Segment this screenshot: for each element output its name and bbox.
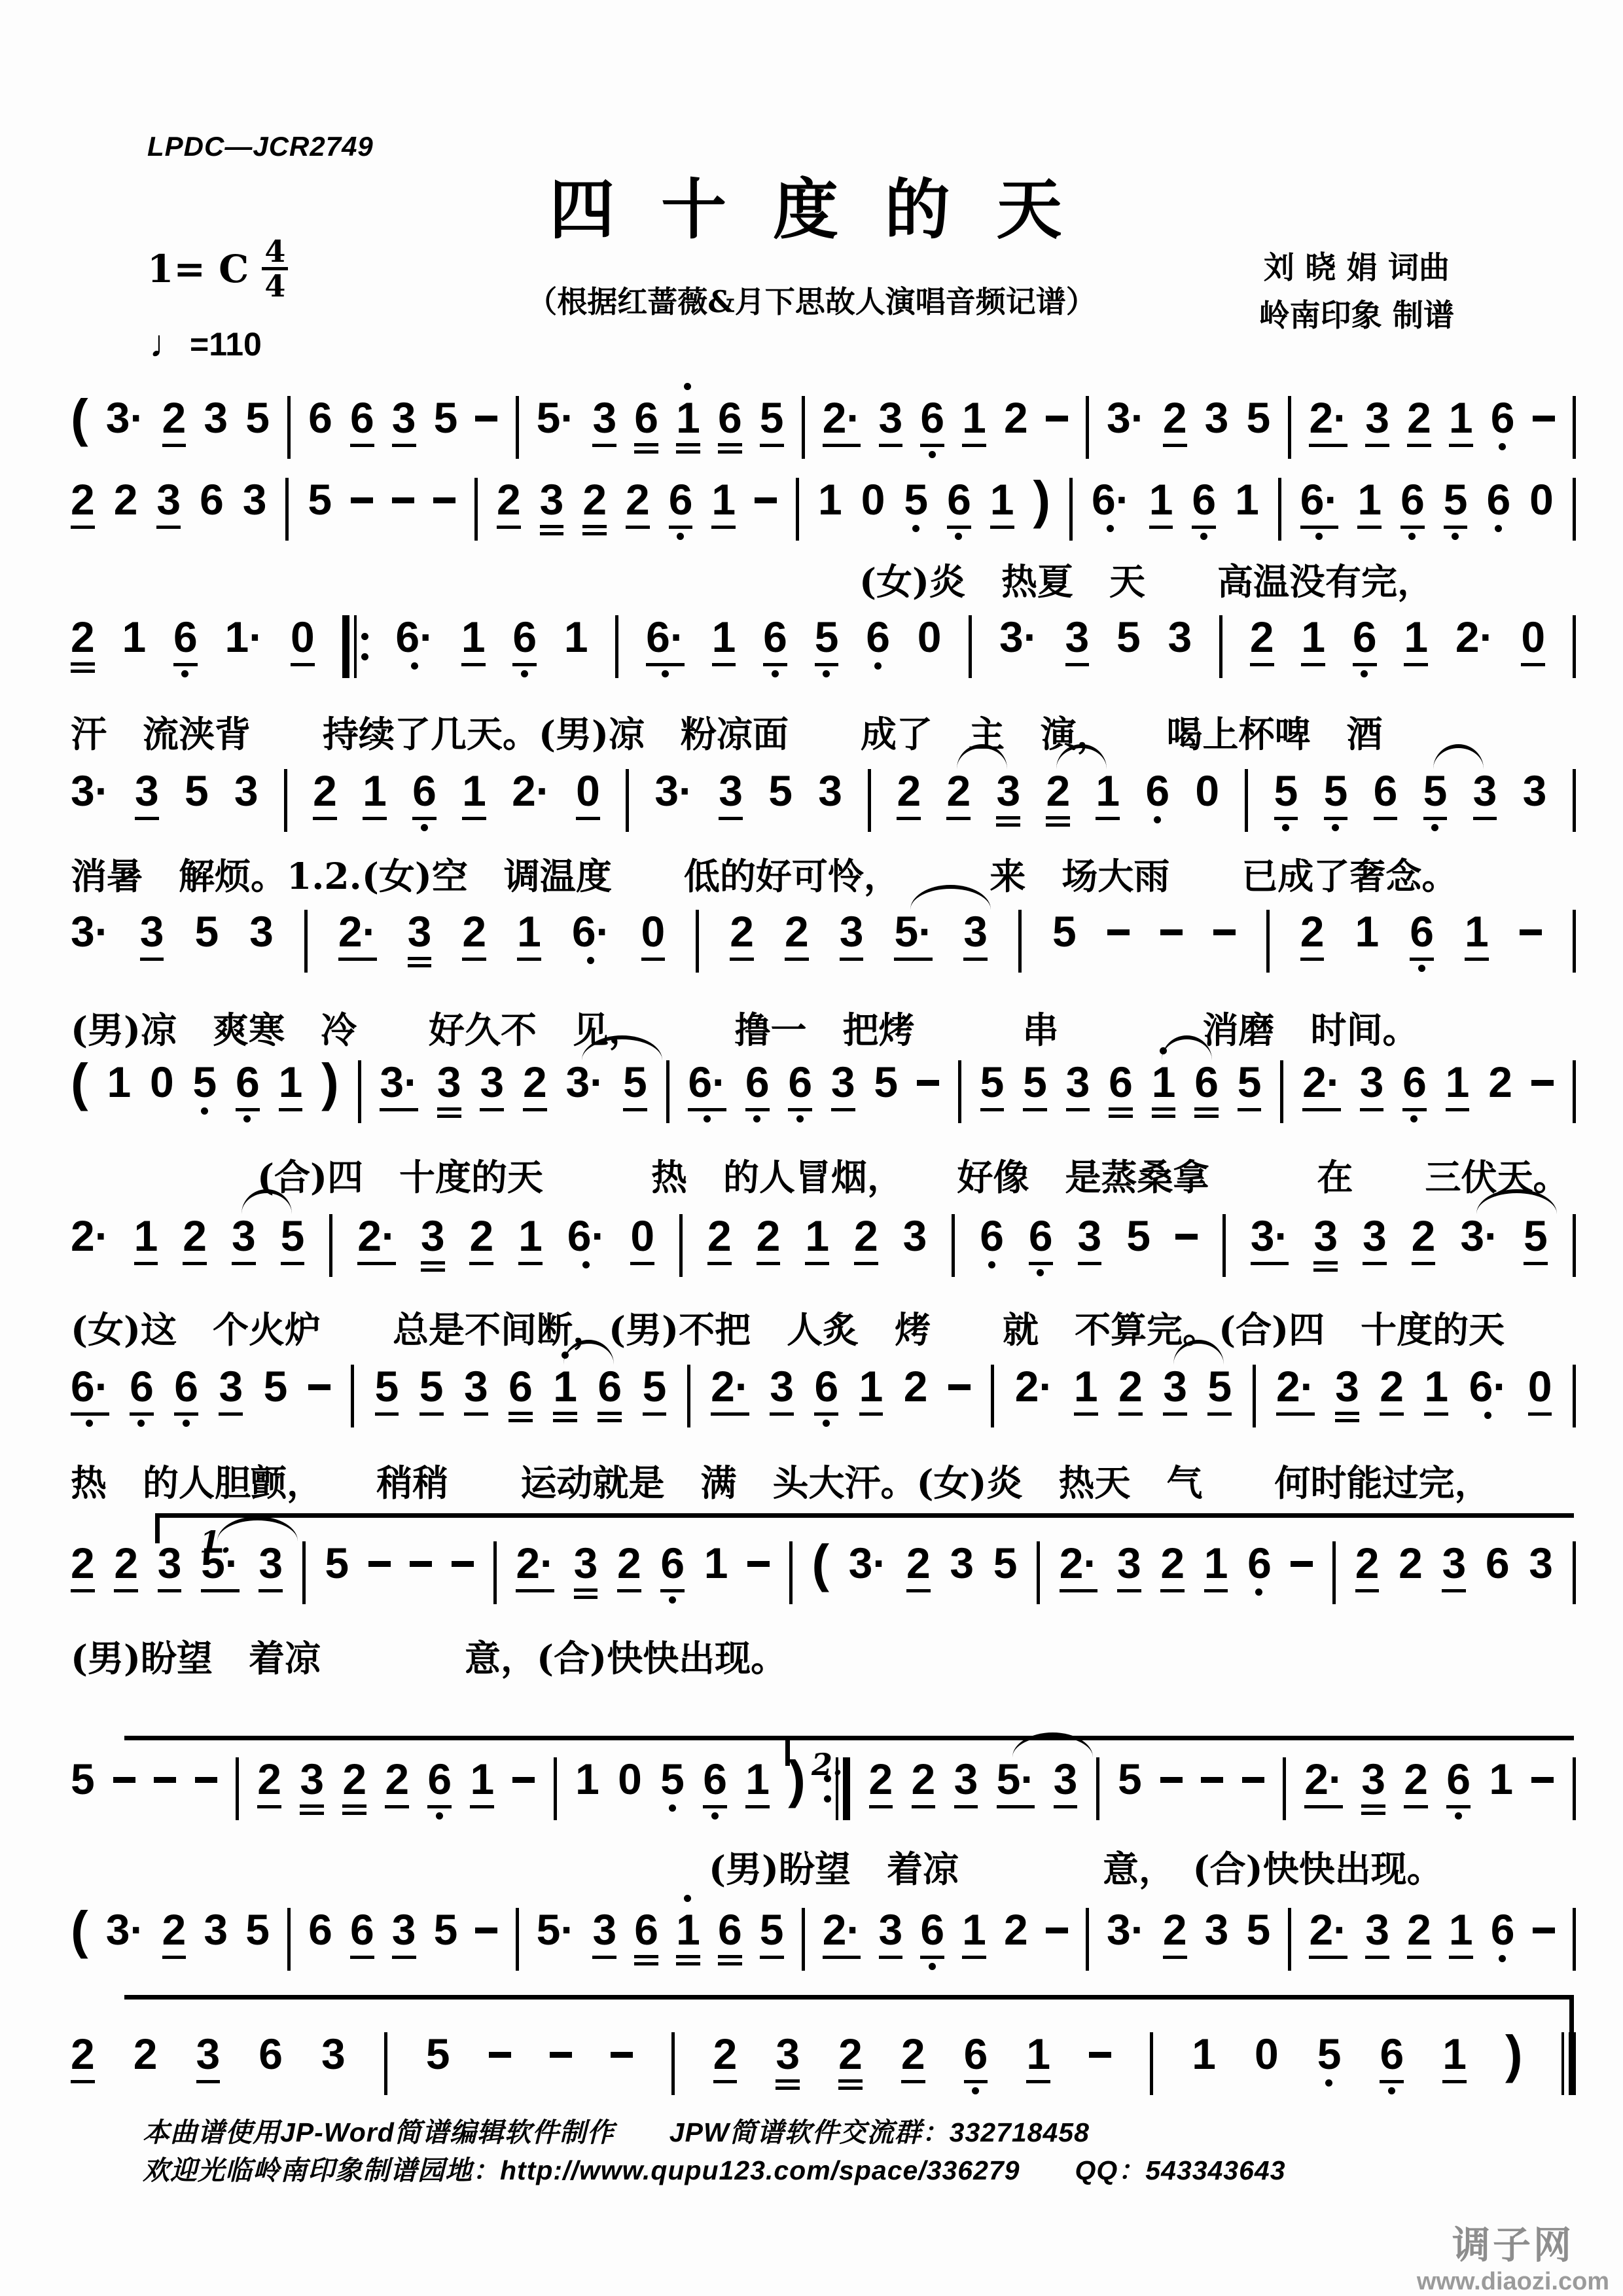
note: 3· xyxy=(106,1908,145,1951)
note: 2· xyxy=(1276,1365,1315,1416)
note: 2 xyxy=(114,478,138,521)
note: 2· xyxy=(1309,1908,1347,1959)
note: 3 xyxy=(1361,1757,1385,1815)
note: 2 xyxy=(469,1214,493,1265)
note: 5 xyxy=(1116,615,1141,658)
note: 2 xyxy=(134,2032,158,2075)
note: 5 xyxy=(1247,396,1271,439)
note: 2 xyxy=(713,2032,738,2083)
octave-dot-below xyxy=(137,1420,145,1427)
octave-dot-below xyxy=(929,451,936,458)
octave-dot-below xyxy=(1154,816,1161,823)
octave-dot-below xyxy=(669,1596,676,1604)
note: 3 xyxy=(776,2032,800,2090)
barline xyxy=(1037,1541,1040,1604)
note: 3 xyxy=(770,1365,794,1416)
note: 6· xyxy=(646,615,685,666)
note: 3· xyxy=(849,1541,887,1585)
lyrics-line-8: (男)盼望 着凉 意，(合)快快出现。 xyxy=(71,1630,1576,1681)
duration-dash xyxy=(1201,1777,1223,1783)
note: 6 xyxy=(259,2032,283,2075)
barline xyxy=(1573,396,1576,459)
note: 6 xyxy=(308,396,332,439)
barline xyxy=(789,1541,793,1604)
note: 5 xyxy=(980,1060,1005,1111)
note: 1 xyxy=(1204,1541,1228,1592)
note: 1 xyxy=(1489,1757,1513,1801)
note: 6 xyxy=(660,1541,685,1592)
barline xyxy=(802,396,805,459)
octave-dot-below xyxy=(1418,965,1425,972)
note: 6· xyxy=(688,1060,726,1111)
octave-dot-below xyxy=(1499,1955,1506,1962)
footer-software-note: 本曲谱使用JP-Word简谱编辑软件制作 JPW简谱软件交流群：33271845… xyxy=(143,2111,1090,2149)
note: 6 xyxy=(308,1908,332,1951)
note: 5 xyxy=(874,1060,898,1103)
barline xyxy=(1018,910,1022,973)
barline xyxy=(1283,1757,1286,1820)
note: 3 xyxy=(135,769,159,820)
volta-1-bracket: 1. xyxy=(155,1513,1574,1518)
note: 3 xyxy=(574,1541,598,1599)
note: 3 xyxy=(1363,1214,1387,1265)
note: 5 xyxy=(660,1757,685,1801)
note: 6 xyxy=(236,1060,260,1111)
note: 3 xyxy=(259,1541,283,1592)
note: 3 xyxy=(232,1214,256,1265)
note: 1 xyxy=(1357,478,1382,529)
barline xyxy=(1573,478,1576,541)
note: 2· xyxy=(516,1541,554,1592)
barline xyxy=(1086,1908,1089,1971)
note: 2 xyxy=(1163,1908,1187,1959)
footer-site-note: 欢迎光临岭南印象制谱园地：http://www.qupu123.com/spac… xyxy=(143,2149,1286,2187)
note: 3 xyxy=(204,1908,228,1951)
octave-dot-below xyxy=(704,1115,711,1122)
parenthesis: ) xyxy=(788,1757,806,1802)
barline xyxy=(1069,478,1073,541)
note: 5 xyxy=(245,1908,270,1951)
octave-dot-below xyxy=(86,1420,93,1427)
note: 1 xyxy=(470,1757,494,1808)
credit-words-music: 刘 晓 娟 词曲 xyxy=(1264,243,1450,287)
octave-dot-below xyxy=(874,662,882,670)
duration-dash xyxy=(410,1561,432,1567)
note: 6 xyxy=(1109,1060,1133,1118)
note: 0 xyxy=(630,1214,654,1265)
meter-numerator: 4 xyxy=(260,236,289,267)
note: 6 xyxy=(1353,615,1377,666)
duration-dash xyxy=(917,1080,939,1086)
note: 6 xyxy=(174,1365,198,1416)
note: 3· xyxy=(1251,1214,1289,1265)
barline xyxy=(474,478,478,541)
note: 2 xyxy=(1355,1541,1380,1592)
note: 2 xyxy=(897,769,921,820)
note: 3· xyxy=(654,769,693,812)
barline xyxy=(1573,615,1576,678)
octave-dot-below xyxy=(1388,2087,1395,2094)
note: 3 xyxy=(464,1365,488,1416)
note: 2 xyxy=(869,1757,893,1808)
music-system-3: 2161·06·1616·165603·35321612·0 xyxy=(71,615,1576,678)
barline xyxy=(285,478,289,541)
note: 3 xyxy=(234,769,259,812)
octave-dot-below xyxy=(1037,1269,1044,1276)
note: 1 xyxy=(122,615,147,658)
barline xyxy=(302,1541,306,1604)
note: 1 xyxy=(1424,1365,1448,1416)
music-system-9: 2235·352·3261(3·2352·321622363 xyxy=(71,1541,1576,1604)
note: 2· xyxy=(823,1908,861,1959)
note: 1 xyxy=(1465,910,1489,961)
music-system-2: 22363523226110561)6·1616·16560 xyxy=(71,478,1576,541)
note: 2 xyxy=(854,1214,878,1265)
note: 1 xyxy=(745,1757,770,1808)
note: 3 xyxy=(719,769,743,820)
music-system-11: (3·23566355·361652·36123·2352·3216 xyxy=(71,1908,1576,1971)
octave-dot-below xyxy=(711,1812,719,1820)
tie-arc xyxy=(217,1516,298,1541)
octave-dot-below xyxy=(1361,670,1368,677)
duration-dash xyxy=(392,497,414,503)
note: 3 xyxy=(219,1365,243,1416)
note: 5 xyxy=(1238,1060,1262,1111)
note: 3 xyxy=(879,1908,903,1959)
note: 2 xyxy=(523,1060,547,1111)
lyrics-line-4: (男)凉 爽寒 冷 好久不 见， 撸一 把烤 串 消磨 时间。 xyxy=(71,1001,1576,1053)
note: 5 xyxy=(815,615,839,666)
note: 6 xyxy=(1491,396,1515,439)
barline xyxy=(1245,769,1248,832)
octave-dot-below xyxy=(587,957,594,964)
note: 5 xyxy=(760,1908,784,1959)
note: 0 xyxy=(641,910,666,961)
note: 2· xyxy=(823,396,861,447)
note: 2 xyxy=(707,1214,732,1265)
note: 1 xyxy=(962,396,986,447)
note: 5 xyxy=(1126,1214,1150,1257)
note: 3 xyxy=(437,1060,461,1118)
duration-dash xyxy=(452,1561,474,1567)
watermark-site-url: www.diaozi.com xyxy=(1415,2268,1611,2296)
barline xyxy=(1288,1908,1291,1971)
note: 2 xyxy=(1407,396,1431,447)
note: 5 xyxy=(308,478,332,521)
note: 6 xyxy=(597,1365,622,1422)
barline xyxy=(1332,1541,1336,1604)
note: 2· xyxy=(71,1214,109,1257)
note: 1 xyxy=(107,1060,131,1103)
note: 3 xyxy=(954,1757,978,1808)
duration-dash xyxy=(550,2052,572,2058)
note: 3· xyxy=(1107,396,1145,439)
note: 3· xyxy=(71,769,109,812)
note: 1 xyxy=(712,615,736,666)
music-system-4: 3·35321612·03·3532232160556533 xyxy=(71,769,1576,832)
note: 5 xyxy=(325,1541,349,1585)
octave-dot-below xyxy=(181,670,188,677)
note: 2 xyxy=(757,1214,781,1265)
note: 1 xyxy=(462,769,486,820)
barline xyxy=(1150,2032,1153,2095)
note: 3 xyxy=(1529,1541,1553,1585)
note: 5 xyxy=(904,478,928,521)
begin-repeat-barline xyxy=(342,615,368,678)
note: 5 xyxy=(768,769,793,812)
music-system-10: 523226110561)2235·352·3261 xyxy=(71,1757,1576,1820)
duration-dash xyxy=(1531,1080,1554,1086)
barline xyxy=(351,1365,354,1427)
note: 2 xyxy=(1118,1365,1143,1416)
barline xyxy=(687,1365,690,1427)
note: 1 xyxy=(1074,1365,1098,1416)
barline xyxy=(284,769,287,832)
note: 3 xyxy=(156,478,181,529)
duration-dash xyxy=(489,2052,511,2058)
note: 2 xyxy=(1300,910,1325,961)
note: 3 xyxy=(140,910,164,961)
barline xyxy=(991,1365,994,1427)
duration-dash xyxy=(1160,929,1183,935)
note: 1 xyxy=(676,1908,700,1965)
note: 0 xyxy=(1529,478,1554,521)
note: 1 xyxy=(564,615,588,658)
sheet-music-page: { "header": { "catalog": "LPDC—JCR2749",… xyxy=(0,0,1623,2296)
note: 6 xyxy=(920,1908,944,1959)
duration-dash xyxy=(948,1384,971,1390)
note: 6 xyxy=(703,1757,727,1808)
note: 3· xyxy=(1107,1908,1145,1951)
barline xyxy=(796,478,799,541)
note: 3 xyxy=(840,910,864,961)
note: 2 xyxy=(497,478,521,529)
note: 5 xyxy=(993,1541,1018,1585)
note: 6 xyxy=(866,615,890,658)
note: 2 xyxy=(904,1365,928,1408)
note: 2 xyxy=(901,2032,925,2083)
octave-dot-below xyxy=(662,670,669,677)
lyrics-line-2: 汗 流浃背 持续了几天。(男)凉 粉凉面 成了 主 演， 喝上杯啤 酒 xyxy=(71,706,1576,757)
parenthesis: ) xyxy=(1505,2032,1523,2077)
note: 5 xyxy=(1207,1365,1232,1416)
barline xyxy=(287,396,291,459)
barline xyxy=(1573,1060,1576,1123)
note: 0 xyxy=(1528,1365,1552,1416)
note: 6 xyxy=(718,1908,742,1965)
note: 2· xyxy=(1302,1060,1341,1111)
bar-thin xyxy=(354,615,357,678)
octave-dot-below xyxy=(1499,443,1506,450)
note: 5 xyxy=(1423,769,1448,820)
note: 0 xyxy=(1195,769,1219,812)
duration-dash xyxy=(475,416,497,422)
note: 2 xyxy=(257,1757,281,1808)
note: 2 xyxy=(71,1541,95,1592)
note: 1 xyxy=(1446,1060,1470,1111)
note: 1 xyxy=(704,1541,728,1585)
note: 6· xyxy=(567,1214,606,1257)
parenthesis: ( xyxy=(811,1541,829,1586)
note: 2 xyxy=(1004,396,1028,439)
octave-dot-below xyxy=(677,533,684,540)
note: 1 xyxy=(1152,1060,1176,1118)
duration-dash xyxy=(747,1561,770,1567)
barline xyxy=(1573,1908,1576,1971)
octave-dot-below xyxy=(1315,533,1323,540)
note: 3 xyxy=(1205,1908,1229,1951)
note: 5 xyxy=(375,1365,399,1416)
note: 1 xyxy=(1235,478,1259,521)
note: 1 xyxy=(518,1214,543,1265)
note: 6 xyxy=(1194,1060,1219,1118)
ending-bracket-tick xyxy=(1569,1995,1574,2037)
note: 5 xyxy=(434,396,458,439)
note: 2 xyxy=(1407,1908,1431,1959)
note: 1 xyxy=(1449,1908,1473,1959)
note: 1 xyxy=(818,478,842,521)
octave-dot-below xyxy=(823,670,830,677)
barline xyxy=(1253,1365,1256,1427)
barline xyxy=(1573,910,1576,973)
note: 6 xyxy=(512,615,537,666)
ending-bracket xyxy=(124,1995,1574,2000)
note: 3 xyxy=(196,2032,221,2083)
note: 2· xyxy=(338,910,377,961)
note: 3 xyxy=(950,1541,974,1585)
repeat-dots xyxy=(824,1757,831,1820)
note: 3 xyxy=(1365,396,1389,447)
note: 1 xyxy=(575,1757,599,1801)
note: 3 xyxy=(1365,1908,1389,1959)
note: 6 xyxy=(427,1757,452,1808)
lyrics-line-3: 消暑 解烦。1.2.(女)空 调温度 低的好可怜， 来 场大雨 已成了奢念。 xyxy=(71,848,1576,899)
note: 6 xyxy=(947,478,971,529)
music-system-6: (10561)3·3323·56·663555361652·3612 xyxy=(71,1060,1576,1123)
lyrics-line-7: 热 的人胆颤， 稍稍 运动就是 满 头大汗。(女)炎 热天 气 何时能过完， xyxy=(71,1454,1576,1506)
note: 2 xyxy=(1163,396,1187,447)
barline xyxy=(615,615,618,678)
note: 6 xyxy=(173,615,198,666)
bar-thick xyxy=(843,1757,850,1820)
octave-dot-below xyxy=(955,533,962,540)
note: 3 xyxy=(408,910,432,967)
note: 2 xyxy=(730,910,754,961)
note: 3 xyxy=(1360,1060,1384,1111)
note: 2 xyxy=(946,769,971,820)
note: 6· xyxy=(71,1365,109,1416)
note: 3 xyxy=(1313,1214,1338,1272)
final-barline xyxy=(1561,2032,1576,2095)
note: 2· xyxy=(1015,1365,1054,1408)
barline xyxy=(1573,769,1576,832)
music-system-1: (3·23566355·361652·36123·2352·3216 xyxy=(71,396,1576,459)
octave-dot-below xyxy=(1431,824,1438,831)
note: 6 xyxy=(1380,2032,1404,2083)
note: 1 xyxy=(517,910,541,961)
note: 2 xyxy=(1412,1214,1436,1265)
barline xyxy=(1288,396,1291,459)
note: 1· xyxy=(225,615,264,658)
barline xyxy=(329,1214,332,1277)
note: 2 xyxy=(1380,1365,1404,1416)
octave-dot-below xyxy=(929,1963,936,1970)
note: 2 xyxy=(114,1541,138,1592)
barline xyxy=(696,910,699,973)
credit-engraver: 岭南印象 制谱 xyxy=(1259,291,1454,335)
barline xyxy=(679,1214,683,1277)
note: 2 xyxy=(462,910,486,961)
note: 6 xyxy=(964,2032,988,2083)
note: 3· xyxy=(565,1060,604,1103)
note: 1 xyxy=(990,478,1014,529)
note: 1 xyxy=(676,396,700,454)
note: 2· xyxy=(1309,396,1347,447)
note: 0 xyxy=(576,769,600,820)
note: 5 xyxy=(1118,1757,1142,1801)
note: 2· xyxy=(512,769,550,812)
octave-dot-below xyxy=(988,1261,995,1268)
duration-dash xyxy=(1291,1561,1313,1567)
octave-dot-below xyxy=(972,2087,979,2094)
note: 3 xyxy=(879,396,903,447)
note: 3 xyxy=(1442,1541,1466,1592)
note: 2 xyxy=(626,478,650,529)
note: 2 xyxy=(162,1908,187,1959)
note: 6· xyxy=(1092,478,1130,521)
note: 5 xyxy=(185,769,209,812)
octave-dot-below xyxy=(753,1115,760,1122)
octave-dot-below xyxy=(421,824,428,831)
barline xyxy=(1573,1757,1576,1820)
note: 3 xyxy=(392,396,416,447)
note: 3· xyxy=(999,615,1038,658)
barline xyxy=(287,1908,291,1971)
barline xyxy=(1096,1757,1099,1820)
note: 3 xyxy=(592,396,616,447)
barline xyxy=(554,1757,557,1820)
duration-dash xyxy=(1089,2052,1111,2058)
bar-thin xyxy=(1561,2032,1564,2095)
watermark-site-name: 调子网 xyxy=(1415,2224,1611,2268)
note: 2 xyxy=(1404,1757,1428,1808)
note: 6 xyxy=(412,769,437,820)
octave-dot-below xyxy=(1495,525,1502,532)
note: 6 xyxy=(718,396,742,454)
bar-thin xyxy=(836,1757,838,1820)
note: 1 xyxy=(1301,615,1325,666)
barline xyxy=(1280,1060,1283,1123)
lyrics-line-1: (女)炎 热夏 天 高温没有完， xyxy=(71,553,1623,605)
duration-dash xyxy=(351,497,373,503)
barline xyxy=(868,769,871,832)
tempo-value: =110 xyxy=(190,325,262,363)
note: 5 xyxy=(643,1365,667,1416)
note: 5 xyxy=(419,1365,444,1416)
octave-dot-below xyxy=(411,662,418,670)
note: 3 xyxy=(1117,1541,1141,1592)
octave-dot-below xyxy=(1282,824,1289,831)
octave-dot-below xyxy=(1408,533,1416,540)
note: 1 xyxy=(1192,2032,1216,2075)
octave-dot-below xyxy=(912,525,919,532)
octave-dot-above xyxy=(684,1895,691,1902)
note: 1 xyxy=(1149,478,1173,529)
duration-dash xyxy=(611,2052,633,2058)
note: 1 xyxy=(1442,2032,1467,2083)
note: 5 xyxy=(281,1214,305,1265)
note: 3 xyxy=(903,1214,927,1257)
